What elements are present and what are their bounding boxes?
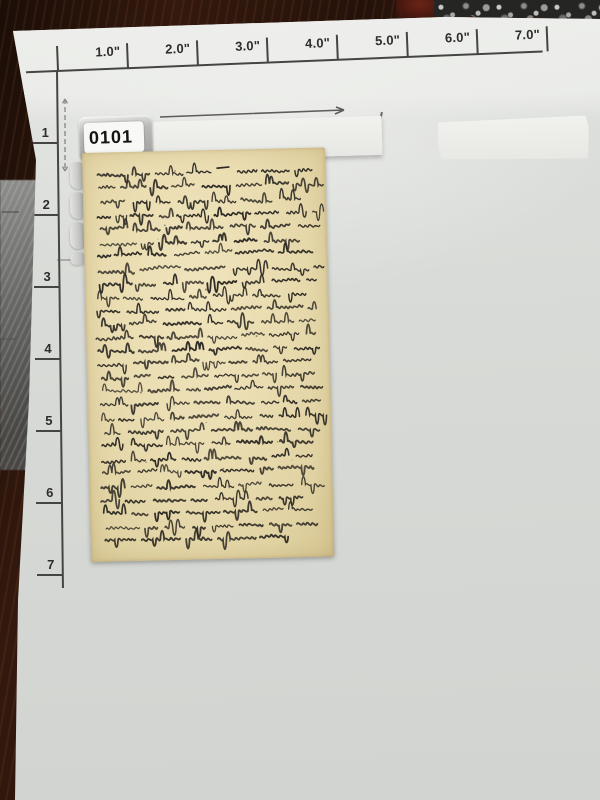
- handwriting-word: [166, 435, 204, 453]
- handwriting-word: [148, 380, 179, 393]
- ink-speck: [174, 170, 176, 172]
- handwriting-word: [160, 464, 181, 477]
- handwriting-word: [280, 431, 313, 447]
- handwriting-word: [171, 423, 204, 440]
- handwriting-word: [213, 286, 247, 304]
- handwriting-word: [116, 215, 127, 225]
- left-ruler-tick: [34, 286, 60, 288]
- handwriting-word: [227, 396, 254, 405]
- handwriting-word: [103, 504, 125, 515]
- handwriting-word: [279, 496, 302, 505]
- handwriting-word: [172, 353, 199, 362]
- handwriting-word: [98, 363, 127, 374]
- handwriting-word: [255, 211, 279, 214]
- handwriting-word: [203, 477, 233, 488]
- handwriting-word: [187, 388, 200, 391]
- handwriting-word: [204, 449, 240, 460]
- handwriting-word: [293, 178, 323, 193]
- handwriting-word: [239, 482, 262, 493]
- handwriting-word: [303, 399, 321, 402]
- handwriting-word: [132, 167, 149, 181]
- handwriting-word: [253, 355, 277, 364]
- handwriting-word: [141, 242, 153, 250]
- handwriting-word: [175, 251, 200, 256]
- handwriting-word: [302, 476, 325, 494]
- handwriting-word: [242, 332, 264, 336]
- handwriting-word: [212, 421, 253, 431]
- handwriting-word: [171, 412, 184, 419]
- handwriting-word: [139, 343, 166, 353]
- handwriting-word: [202, 185, 230, 196]
- ink-speck: [292, 460, 293, 461]
- handwriting-word: [100, 219, 127, 235]
- handwriting-word: [308, 302, 316, 310]
- handwriting-word: [263, 508, 283, 511]
- photo-id-text: 0101: [84, 121, 145, 154]
- handwriting-word: [102, 437, 123, 450]
- handwriting-word: [225, 409, 252, 418]
- handwriting-word: [307, 279, 317, 281]
- top-ruler-label: 6.0": [424, 29, 471, 46]
- ink-speck: [206, 422, 207, 423]
- handwriting-word: [203, 361, 225, 370]
- handwriting-word: [191, 499, 207, 502]
- left-ruler-tick: [36, 430, 62, 432]
- left-ruler-tick: [35, 358, 61, 360]
- handwriting-word: [177, 209, 209, 224]
- left-ruler-label: 1: [23, 125, 49, 140]
- handwriting-word: [299, 428, 320, 437]
- handwriting-word: [260, 534, 288, 543]
- handwriting-word: [100, 397, 128, 407]
- pencil-arrow-mark: [57, 95, 73, 175]
- handwriting-word: [163, 321, 201, 325]
- handwriting-word: [274, 346, 287, 354]
- top-ruler-tick: [336, 35, 339, 60]
- handwriting-word: [154, 499, 186, 502]
- handwriting-word: [148, 246, 166, 256]
- handwriting-word: [141, 530, 180, 546]
- handwriting-word: [131, 403, 158, 414]
- handwriting-word: [134, 360, 168, 369]
- handwriting-word: [131, 438, 162, 451]
- handwriting-word: [158, 376, 173, 378]
- handwriting-svg: [82, 147, 334, 561]
- handwriting-word: [218, 531, 256, 549]
- left-ruler-tick: [32, 142, 58, 144]
- handwriting-word: [242, 374, 258, 377]
- handwriting-word: [131, 451, 145, 462]
- pencil-dash: [2, 211, 19, 213]
- handwriting-word: [260, 414, 273, 417]
- handwriting-word: [235, 380, 263, 389]
- handwriting-word: [261, 219, 290, 229]
- ink-speck: [154, 391, 156, 393]
- handwriting-word: [178, 196, 208, 210]
- left-ruler-label: 5: [27, 413, 53, 428]
- handwriting-word: [220, 469, 253, 473]
- handwriting-word: [289, 293, 306, 303]
- handwriting-word: [278, 465, 313, 476]
- handwriting-word: [301, 385, 323, 389]
- handwriting-word: [306, 407, 327, 425]
- handwriting-word: [130, 213, 153, 225]
- handwriting-word: [99, 274, 132, 293]
- handwriting-word: [214, 207, 251, 221]
- handwriting-word: [102, 383, 142, 393]
- handwriting-word: [262, 169, 289, 173]
- handwriting-word: [100, 243, 136, 246]
- handwriting-word: [264, 232, 299, 251]
- ink-speck: [256, 335, 258, 337]
- handwriting-word: [231, 306, 261, 310]
- handwriting-word: [167, 328, 202, 339]
- handwriting-word: [233, 259, 268, 276]
- left-ruler-label: 7: [28, 557, 54, 572]
- handwriting-word: [182, 458, 201, 462]
- handwriting-word: [272, 278, 300, 282]
- archival-photo: 1.0"2.0"3.0"4.0"5.0"6.0"7.0" 1234567 010…: [0, 0, 600, 800]
- handwriting-word: [288, 501, 312, 510]
- handwriting-word: [101, 479, 125, 498]
- handwriting-word: [186, 530, 212, 549]
- handwriting-word: [215, 374, 239, 383]
- handwriting-word: [239, 523, 262, 527]
- handwriting-word: [283, 395, 296, 404]
- handwriting-word: [189, 414, 218, 418]
- handwriting-word: [166, 308, 185, 311]
- top-ruler-tick: [126, 43, 129, 68]
- handwriting-word: [97, 216, 110, 218]
- handwriting-word: [235, 249, 273, 254]
- handwriting-word: [262, 312, 294, 323]
- handwriting-word: [101, 490, 120, 508]
- left-ruler-tick: [36, 502, 62, 504]
- handwriting-word: [237, 436, 272, 444]
- handwriting-word: [263, 373, 277, 383]
- handwriting-word: [151, 289, 184, 300]
- handwriting-word: [296, 454, 312, 457]
- top-ruler-label: 7.0": [494, 27, 541, 44]
- handwritten-letter: [82, 147, 334, 561]
- handwriting-dash: [216, 167, 229, 168]
- handwriting-word: [265, 174, 288, 185]
- handwriting-word: [151, 452, 176, 466]
- handwriting-word: [114, 247, 141, 256]
- handwriting-word: [262, 401, 279, 404]
- handwriting-word: [257, 426, 291, 431]
- top-ruler-label: 4.0": [284, 35, 331, 52]
- handwriting-word: [133, 221, 160, 232]
- handwriting-word: [172, 342, 203, 352]
- handwriting-word: [98, 291, 119, 307]
- handwriting-word: [135, 283, 155, 291]
- handwriting-word: [269, 332, 299, 341]
- measuring-board: 1.0"2.0"3.0"4.0"5.0"6.0"7.0" 1234567 010…: [0, 0, 600, 800]
- handwriting-word: [314, 265, 324, 268]
- top-ruler-label: 1.0": [74, 43, 121, 60]
- handwriting-word: [188, 301, 226, 311]
- handwriting-word: [270, 523, 292, 533]
- top-ruler-tick: [406, 32, 409, 57]
- top-ruler-label: 2.0": [144, 41, 191, 58]
- handwriting-word: [102, 460, 126, 464]
- top-ruler-label: 3.0": [214, 38, 261, 55]
- handwriting-word: [182, 368, 208, 378]
- handwriting-word: [125, 500, 145, 503]
- handwriting-word: [105, 538, 135, 547]
- handwriting-word: [299, 319, 315, 322]
- handwriting-word: [282, 365, 314, 381]
- handwriting-word: [284, 358, 311, 361]
- top-ruler-label: 5.0": [354, 32, 401, 49]
- top-ruler-tick: [56, 46, 59, 71]
- handwriting-word: [166, 226, 182, 234]
- handwriting-word: [280, 188, 301, 200]
- handwriting-word: [102, 371, 129, 387]
- handwriting-word: [297, 522, 318, 525]
- ink-speck: [205, 288, 207, 290]
- handwriting-word: [101, 200, 125, 208]
- ink-speck: [140, 392, 142, 394]
- handwriting-word: [212, 192, 236, 204]
- handwriting-word: [306, 324, 315, 334]
- ink-speck: [222, 468, 224, 470]
- ink-speck: [277, 441, 279, 443]
- handwriting-word: [165, 519, 185, 535]
- handwriting-word: [298, 224, 319, 227]
- handwriting-word: [212, 437, 230, 445]
- handwriting-word: [167, 396, 190, 410]
- handwriting-word: [132, 513, 148, 516]
- handwriting-word: [187, 511, 221, 523]
- handwriting-word: [121, 180, 146, 189]
- handwriting-word: [227, 313, 253, 330]
- handwriting-word: [268, 386, 293, 397]
- handwriting-word: [278, 242, 312, 253]
- handwriting-word: [193, 526, 205, 536]
- handwriting-word: [186, 219, 222, 230]
- handwriting-word: [150, 179, 168, 195]
- left-ruler-tick: [33, 214, 59, 216]
- handwriting-word: [215, 490, 248, 507]
- handwriting-word: [234, 238, 256, 242]
- handwriting-word: [208, 335, 237, 343]
- handwriting-word: [155, 165, 183, 176]
- handwriting-word: [141, 412, 164, 427]
- top-ruler-tick: [546, 26, 549, 51]
- handwriting-word: [212, 525, 233, 532]
- handwriting-word: [242, 275, 264, 288]
- handwriting-word: [208, 314, 223, 324]
- handwriting-word: [97, 173, 128, 183]
- top-ruler-tick: [476, 29, 479, 54]
- handwriting-word: [159, 208, 173, 217]
- handwriting-word: [238, 170, 257, 173]
- handwriting-word: [224, 501, 257, 520]
- handwriting-word: [241, 193, 272, 203]
- handwriting-word: [156, 196, 170, 203]
- handwriting-word: [267, 299, 302, 309]
- handwriting-word: [131, 484, 152, 487]
- handwriting-word: [185, 470, 216, 480]
- handwriting-word: [102, 463, 130, 474]
- handwriting-word: [140, 335, 164, 347]
- handwriting-word: [98, 343, 134, 358]
- pencil-dash: [1, 338, 16, 340]
- handwriting-word: [260, 467, 273, 474]
- handwriting-word: [236, 183, 261, 186]
- handwriting-word: [145, 527, 158, 537]
- handwriting-word: [102, 318, 125, 333]
- handwriting-word: [246, 347, 267, 352]
- handwriting-word: [157, 480, 195, 490]
- handwriting-word: [183, 281, 204, 292]
- handwriting-word: [140, 265, 180, 270]
- top-ruler-tick: [266, 38, 269, 63]
- handwriting-word: [272, 263, 309, 276]
- photo-id-label: 0101: [84, 121, 145, 154]
- handwriting-word: [187, 163, 211, 174]
- handwriting-word: [133, 201, 150, 212]
- handwriting-word: [194, 401, 219, 404]
- handwriting-word: [190, 289, 206, 298]
- handwriting-word: [207, 276, 236, 293]
- handwriting-word: [279, 407, 299, 417]
- handwriting-word: [313, 204, 324, 221]
- handwriting-word: [191, 241, 208, 248]
- handwriting-word: [287, 204, 307, 218]
- handwriting-word: [294, 347, 319, 355]
- ink-speck: [164, 224, 166, 226]
- handwriting-word: [96, 330, 133, 341]
- handwriting-word: [102, 413, 115, 422]
- handwriting-word: [138, 469, 157, 473]
- mounting-tape-strip: [438, 115, 590, 161]
- handwriting-word: [127, 303, 158, 314]
- handwriting-word: [134, 375, 150, 378]
- left-ruler-tick: [37, 574, 63, 576]
- handwriting-word: [213, 233, 226, 242]
- left-ruler-label: 6: [27, 485, 53, 500]
- handwriting-word: [129, 314, 156, 325]
- top-ruler-tick: [196, 40, 199, 65]
- handwriting-word: [105, 424, 120, 435]
- handwriting-word: [171, 177, 194, 187]
- handwriting-word: [164, 274, 178, 285]
- handwriting-word: [205, 385, 231, 390]
- handwriting-word: [253, 289, 280, 297]
- ink-speck: [145, 462, 146, 463]
- handwriting-word: [129, 430, 163, 439]
- handwriting-word: [97, 310, 120, 318]
- handwriting-word: [229, 361, 247, 364]
- handwriting-word: [230, 224, 255, 235]
- handwriting-word: [159, 234, 187, 250]
- handwriting-word: [272, 448, 289, 457]
- handwriting-word: [295, 169, 312, 177]
- handwriting-word: [98, 263, 134, 275]
- handwriting-word: [269, 483, 293, 486]
- handwriting-word: [205, 243, 232, 253]
- ink-speck: [157, 239, 158, 240]
- handwriting-word: [185, 266, 225, 271]
- handwriting-word: [123, 297, 142, 301]
- handwriting-word: [155, 510, 180, 521]
- handwriting-word: [256, 497, 272, 500]
- handwriting-word: [250, 457, 267, 464]
- handwriting-word: [98, 255, 111, 258]
- handwriting-word: [99, 185, 115, 188]
- handwriting-word: [119, 419, 134, 422]
- handwriting-word: [106, 526, 139, 530]
- handwriting-word: [209, 346, 241, 354]
